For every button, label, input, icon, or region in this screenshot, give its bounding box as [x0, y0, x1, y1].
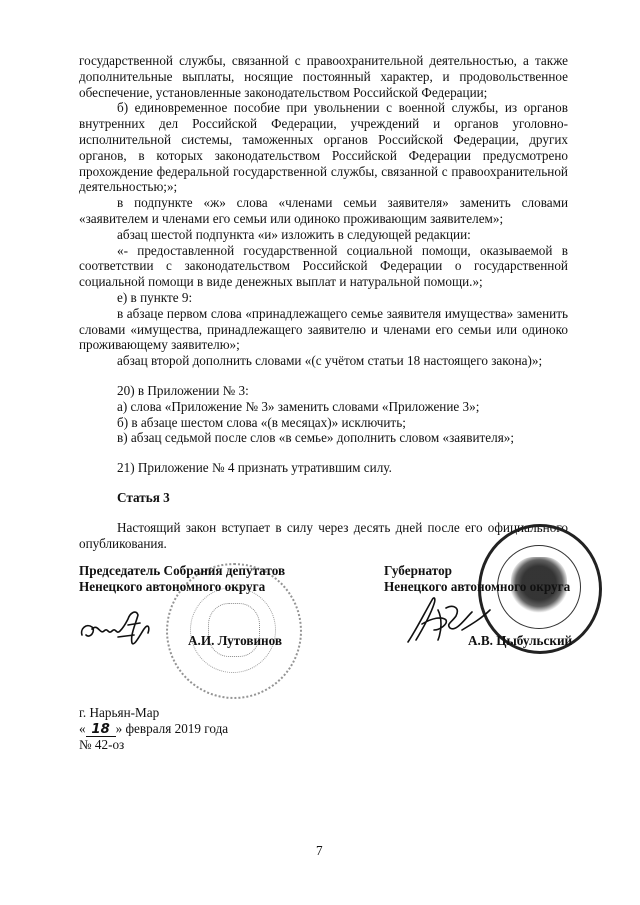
paragraph: «- предоставленной государственной социа… [79, 243, 568, 290]
document-footer: г. Нарьян-Мар «18» февраля 2019 года № 4… [79, 705, 228, 753]
signatory-title-line: Губернатор [384, 563, 570, 579]
paragraph: абзац второй дополнить словами «(с учёто… [79, 353, 568, 369]
paragraph: в подпункте «ж» слова «членами семьи зая… [79, 195, 568, 227]
signatory-right-name: А.В. Цыбульский [468, 633, 572, 649]
page-number: 7 [316, 843, 323, 859]
signatory-title-line: Ненецкого автономного округа [79, 579, 285, 595]
paragraph: б) единовременное пособие при увольнении… [79, 100, 568, 195]
quote-mark: « [79, 721, 86, 736]
city: г. Нарьян-Мар [79, 705, 228, 721]
date-month-year: » февраля 2019 года [116, 721, 229, 736]
date-day-handwritten: 18 [86, 723, 116, 737]
article-heading: Статья 3 [79, 490, 568, 506]
item-20-line: б) в абзаце шестом слова «(в месяцах)» и… [79, 415, 568, 431]
law-number: № 42-оз [79, 737, 228, 753]
signatory-title-line: Председатель Собрания депутатов [79, 563, 285, 579]
document-page: государственной службы, связанной с прав… [0, 0, 640, 905]
item-20-heading: 20) в Приложении № 3: [79, 383, 568, 399]
paragraph: в абзаце первом слова «принадлежащего се… [79, 306, 568, 353]
signing-date: «18» февраля 2019 года [79, 721, 228, 737]
item-20-line: а) слова «Приложение № 3» заменить слова… [79, 399, 568, 415]
paragraph: государственной службы, связанной с прав… [79, 53, 568, 100]
paragraph: е) в пункте 9: [79, 290, 568, 306]
signatory-left-title: Председатель Собрания депутатов Ненецког… [79, 563, 285, 595]
signatory-left-name: А.И. Лутовинов [188, 633, 282, 649]
handwritten-signature-left-icon [78, 605, 168, 650]
item-21: 21) Приложение № 4 признать утратившим с… [79, 460, 568, 476]
item-20-line: в) абзац седьмой после слов «в семье» до… [79, 430, 568, 446]
document-body: государственной службы, связанной с прав… [79, 53, 568, 551]
paragraph: абзац шестой подпункта «и» изложить в сл… [79, 227, 568, 243]
